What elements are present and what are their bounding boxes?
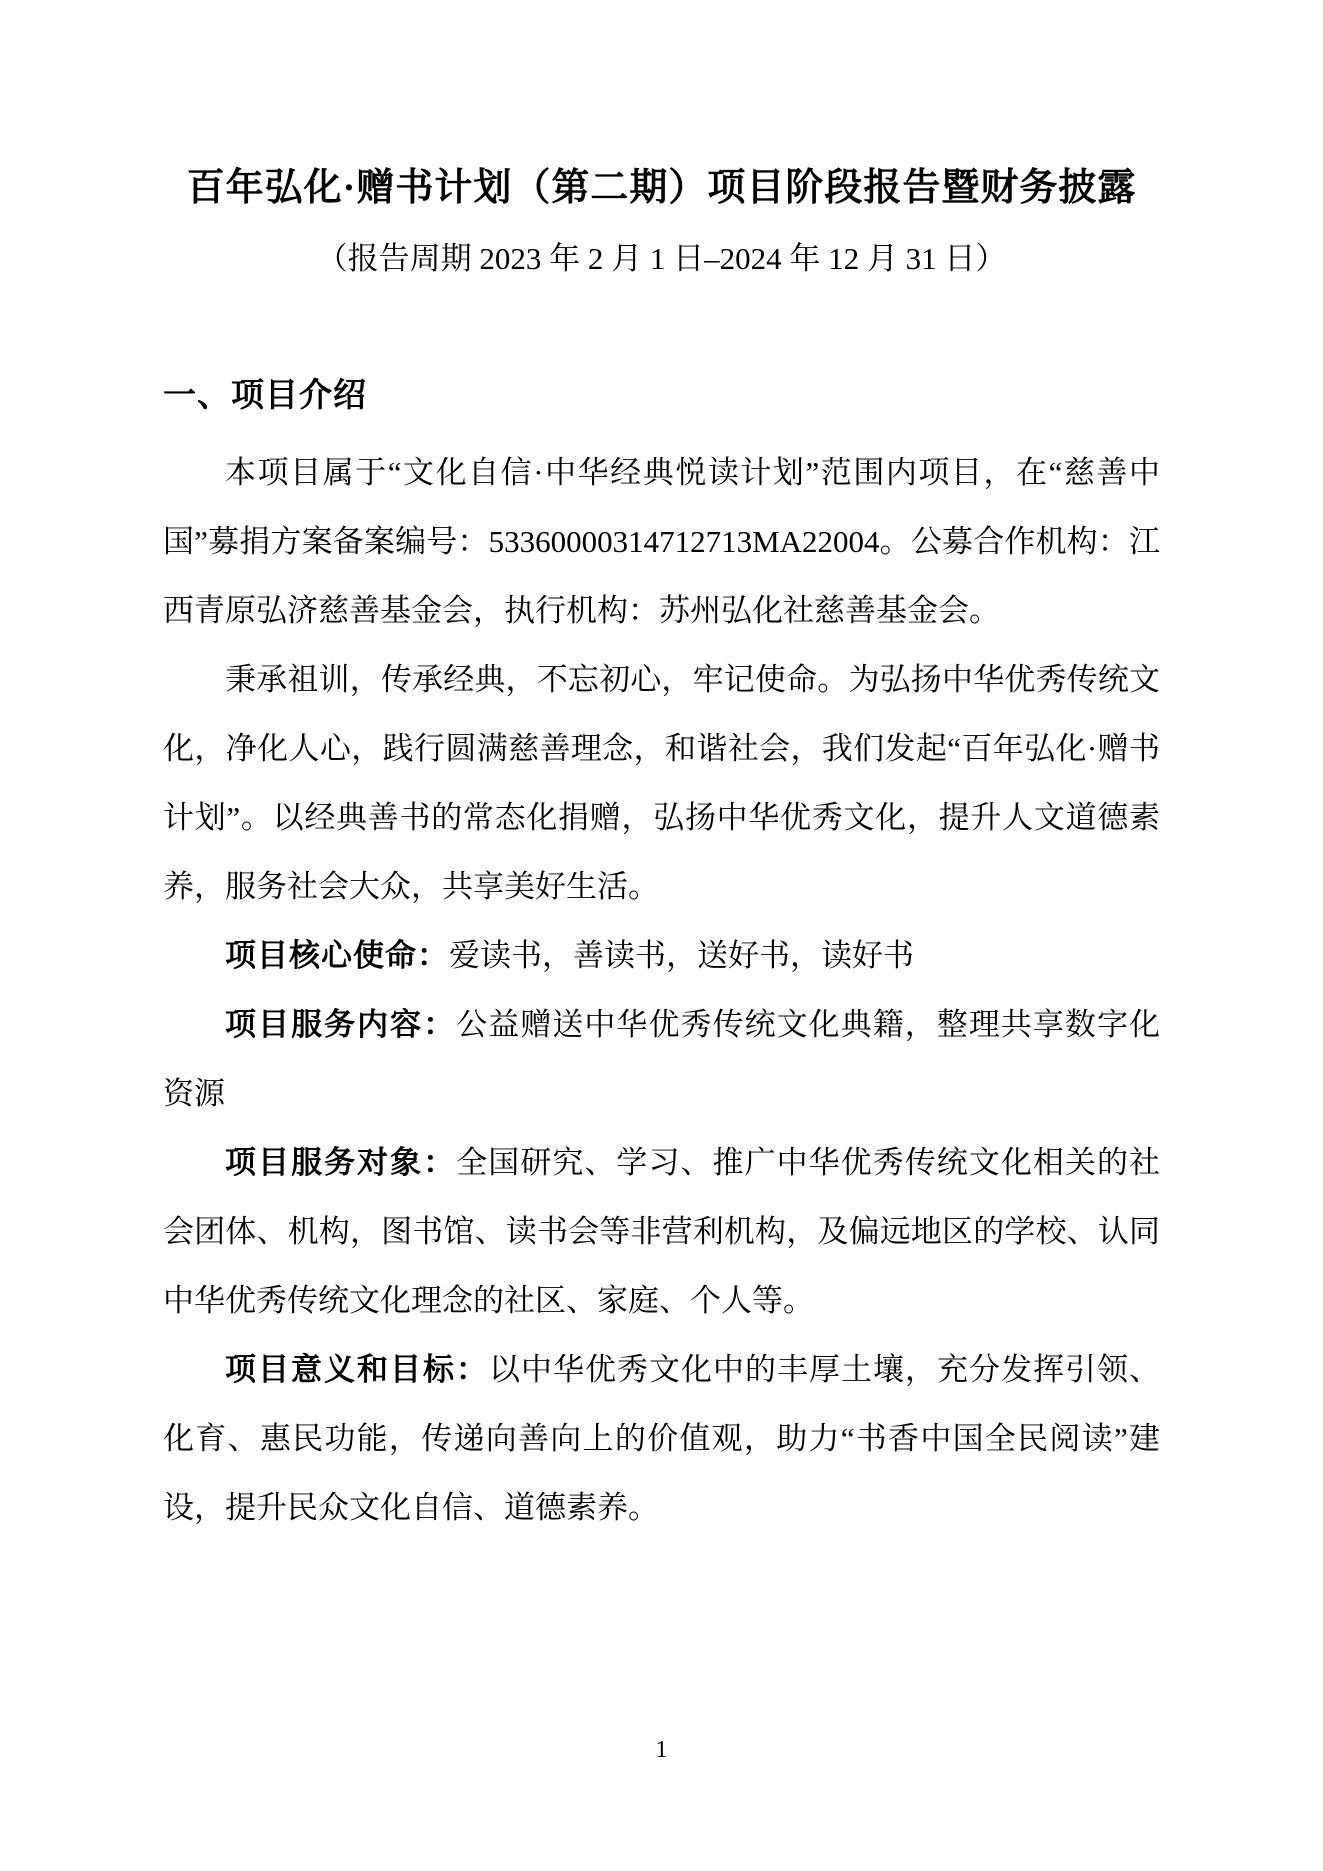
paragraph-label: 项目意义和目标：: [225, 1352, 489, 1387]
paragraph: 项目核心使命：爱读书，善读书，送好书，读好书: [163, 921, 1160, 990]
paragraph: 项目服务内容：公益赠送中华优秀传统文化典籍，整理共享数字化资源: [163, 990, 1160, 1128]
paragraph: 本项目属于“文化自信·中华经典悦读计划”范围内项目，在“慈善中国”募捐方案备案编…: [163, 438, 1160, 645]
paragraph-text: 爱读书，善读书，送好书，读好书: [449, 938, 914, 973]
section-heading: 一、项目介绍: [163, 368, 1160, 424]
paragraph: 秉承祖训，传承经典，不忘初心，牢记使命。为弘扬中华优秀传统文化，净化人心，践行圆…: [163, 645, 1160, 921]
paragraph-text: 本项目属于“文化自信·中华经典悦读计划”范围内项目，在“慈善中国”募捐方案备案编…: [163, 455, 1160, 628]
paragraphs: 本项目属于“文化自信·中华经典悦读计划”范围内项目，在“慈善中国”募捐方案备案编…: [163, 438, 1160, 1542]
paragraph-label: 项目核心使命：: [225, 938, 449, 973]
paragraph: 项目意义和目标：以中华优秀文化中的丰厚土壤，充分发挥引领、化育、惠民功能，传递向…: [163, 1335, 1160, 1542]
document-title: 百年弘化·赠书计划（第二期）项目阶段报告暨财务披露: [163, 152, 1160, 224]
document-subtitle: （报告周期 2023 年 2 月 1 日–2024 年 12 月 31 日）: [163, 224, 1160, 294]
paragraph-label: 项目服务内容：: [225, 1007, 456, 1042]
paragraph-text: 秉承祖训，传承经典，不忘初心，牢记使命。为弘扬中华优秀传统文化，净化人心，践行圆…: [163, 662, 1160, 904]
document-page: 百年弘化·赠书计划（第二期）项目阶段报告暨财务披露 （报告周期 2023 年 2…: [0, 0, 1323, 1871]
page-number: 1: [0, 1734, 1323, 1766]
paragraph: 项目服务对象：全国研究、学习、推广中华优秀传统文化相关的社会团体、机构，图书馆、…: [163, 1128, 1160, 1335]
paragraph-label: 项目服务对象：: [225, 1145, 456, 1180]
